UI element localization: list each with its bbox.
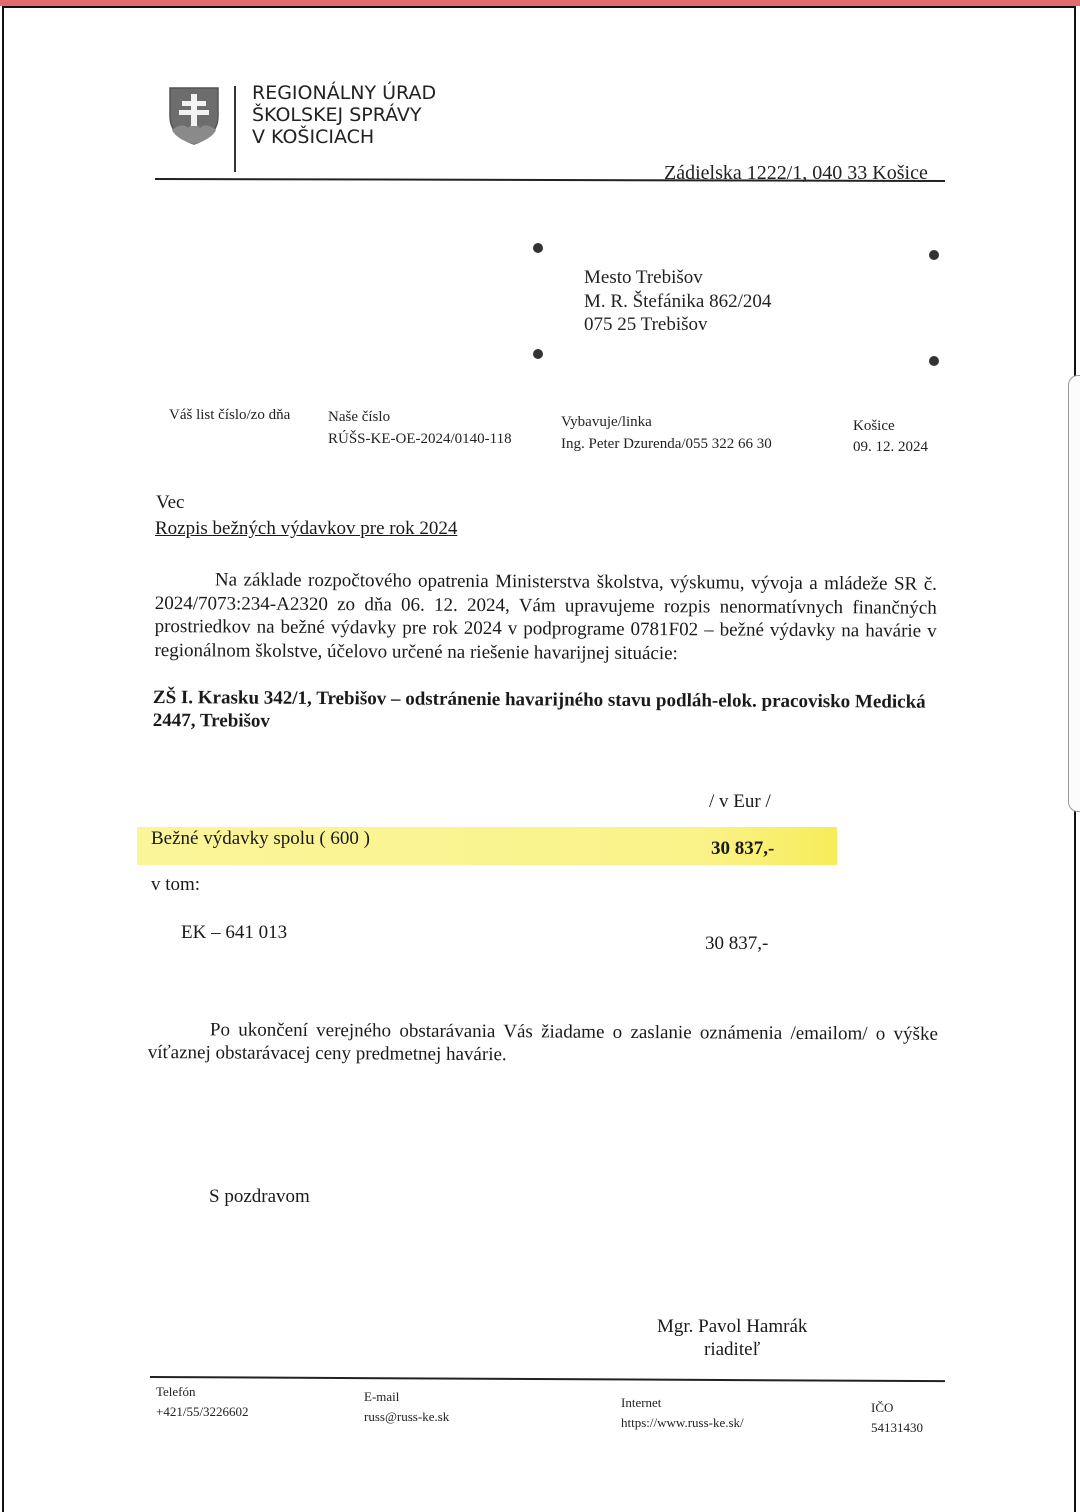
closing-paragraph: Po ukončení verejného obstarávania Vás ž…	[148, 1018, 938, 1069]
item-code: EK – 641 013	[181, 922, 287, 944]
subject-title: Rozpis bežných výdavkov pre rok 2024	[155, 518, 457, 540]
handled-by-value: Ing. Peter Dzurenda/055 322 66 30	[561, 436, 772, 453]
footer-internet: Internet https://www.russ-ke.sk/	[621, 1393, 744, 1433]
handled-by-label: Vybavuje/linka	[561, 414, 652, 431]
letter-date: 09. 12. 2024	[853, 439, 928, 456]
place-label: Košice	[853, 418, 895, 435]
your-letter-label: Váš list číslo/zo dňa	[169, 407, 290, 424]
our-number-label: Naše číslo	[328, 409, 390, 426]
total-label: Bežné výdavky spolu ( 600 )	[151, 828, 370, 850]
organization-name: REGIONÁLNY ÚRAD ŠKOLSKEJ SPRÁVY V KOŠICI…	[252, 82, 436, 148]
document-page	[2, 6, 1076, 1512]
body-paragraph: Na základe rozpočtového opatrenia Minist…	[154, 568, 937, 667]
item-value: 30 837,-	[705, 933, 768, 955]
footer-phone: Telefón +421/55/3226602	[156, 1382, 249, 1422]
side-scroll-handle[interactable]	[1068, 375, 1080, 812]
greeting: S pozdravom	[209, 1186, 310, 1208]
total-value: 30 837,-	[711, 838, 774, 860]
breakdown-label: v tom:	[151, 874, 200, 896]
subject-label: Vec	[156, 492, 184, 514]
project-description: ZŠ I. Krasku 342/1, Trebišov – odstránen…	[153, 686, 937, 737]
signatory-name: Mgr. Pavol Hamrák	[657, 1316, 807, 1338]
header-divider	[234, 86, 236, 172]
slovak-coat-of-arms-icon	[168, 86, 220, 146]
footer-email: E-mail russ@russ-ke.sk	[364, 1387, 449, 1427]
footer-ico: IČO 54131430	[871, 1398, 923, 1438]
currency-label: / v Eur /	[709, 791, 771, 813]
window-corner-mark	[533, 243, 543, 253]
our-number-value: RÚŠS-KE-OE-2024/0140-118	[328, 431, 512, 448]
window-corner-mark	[929, 250, 939, 260]
window-corner-mark	[533, 349, 543, 359]
signatory-role: riaditeľ	[704, 1339, 760, 1361]
recipient-address: Mesto Trebišov M. R. Štefánika 862/204 0…	[584, 266, 771, 337]
window-corner-mark	[929, 356, 939, 366]
